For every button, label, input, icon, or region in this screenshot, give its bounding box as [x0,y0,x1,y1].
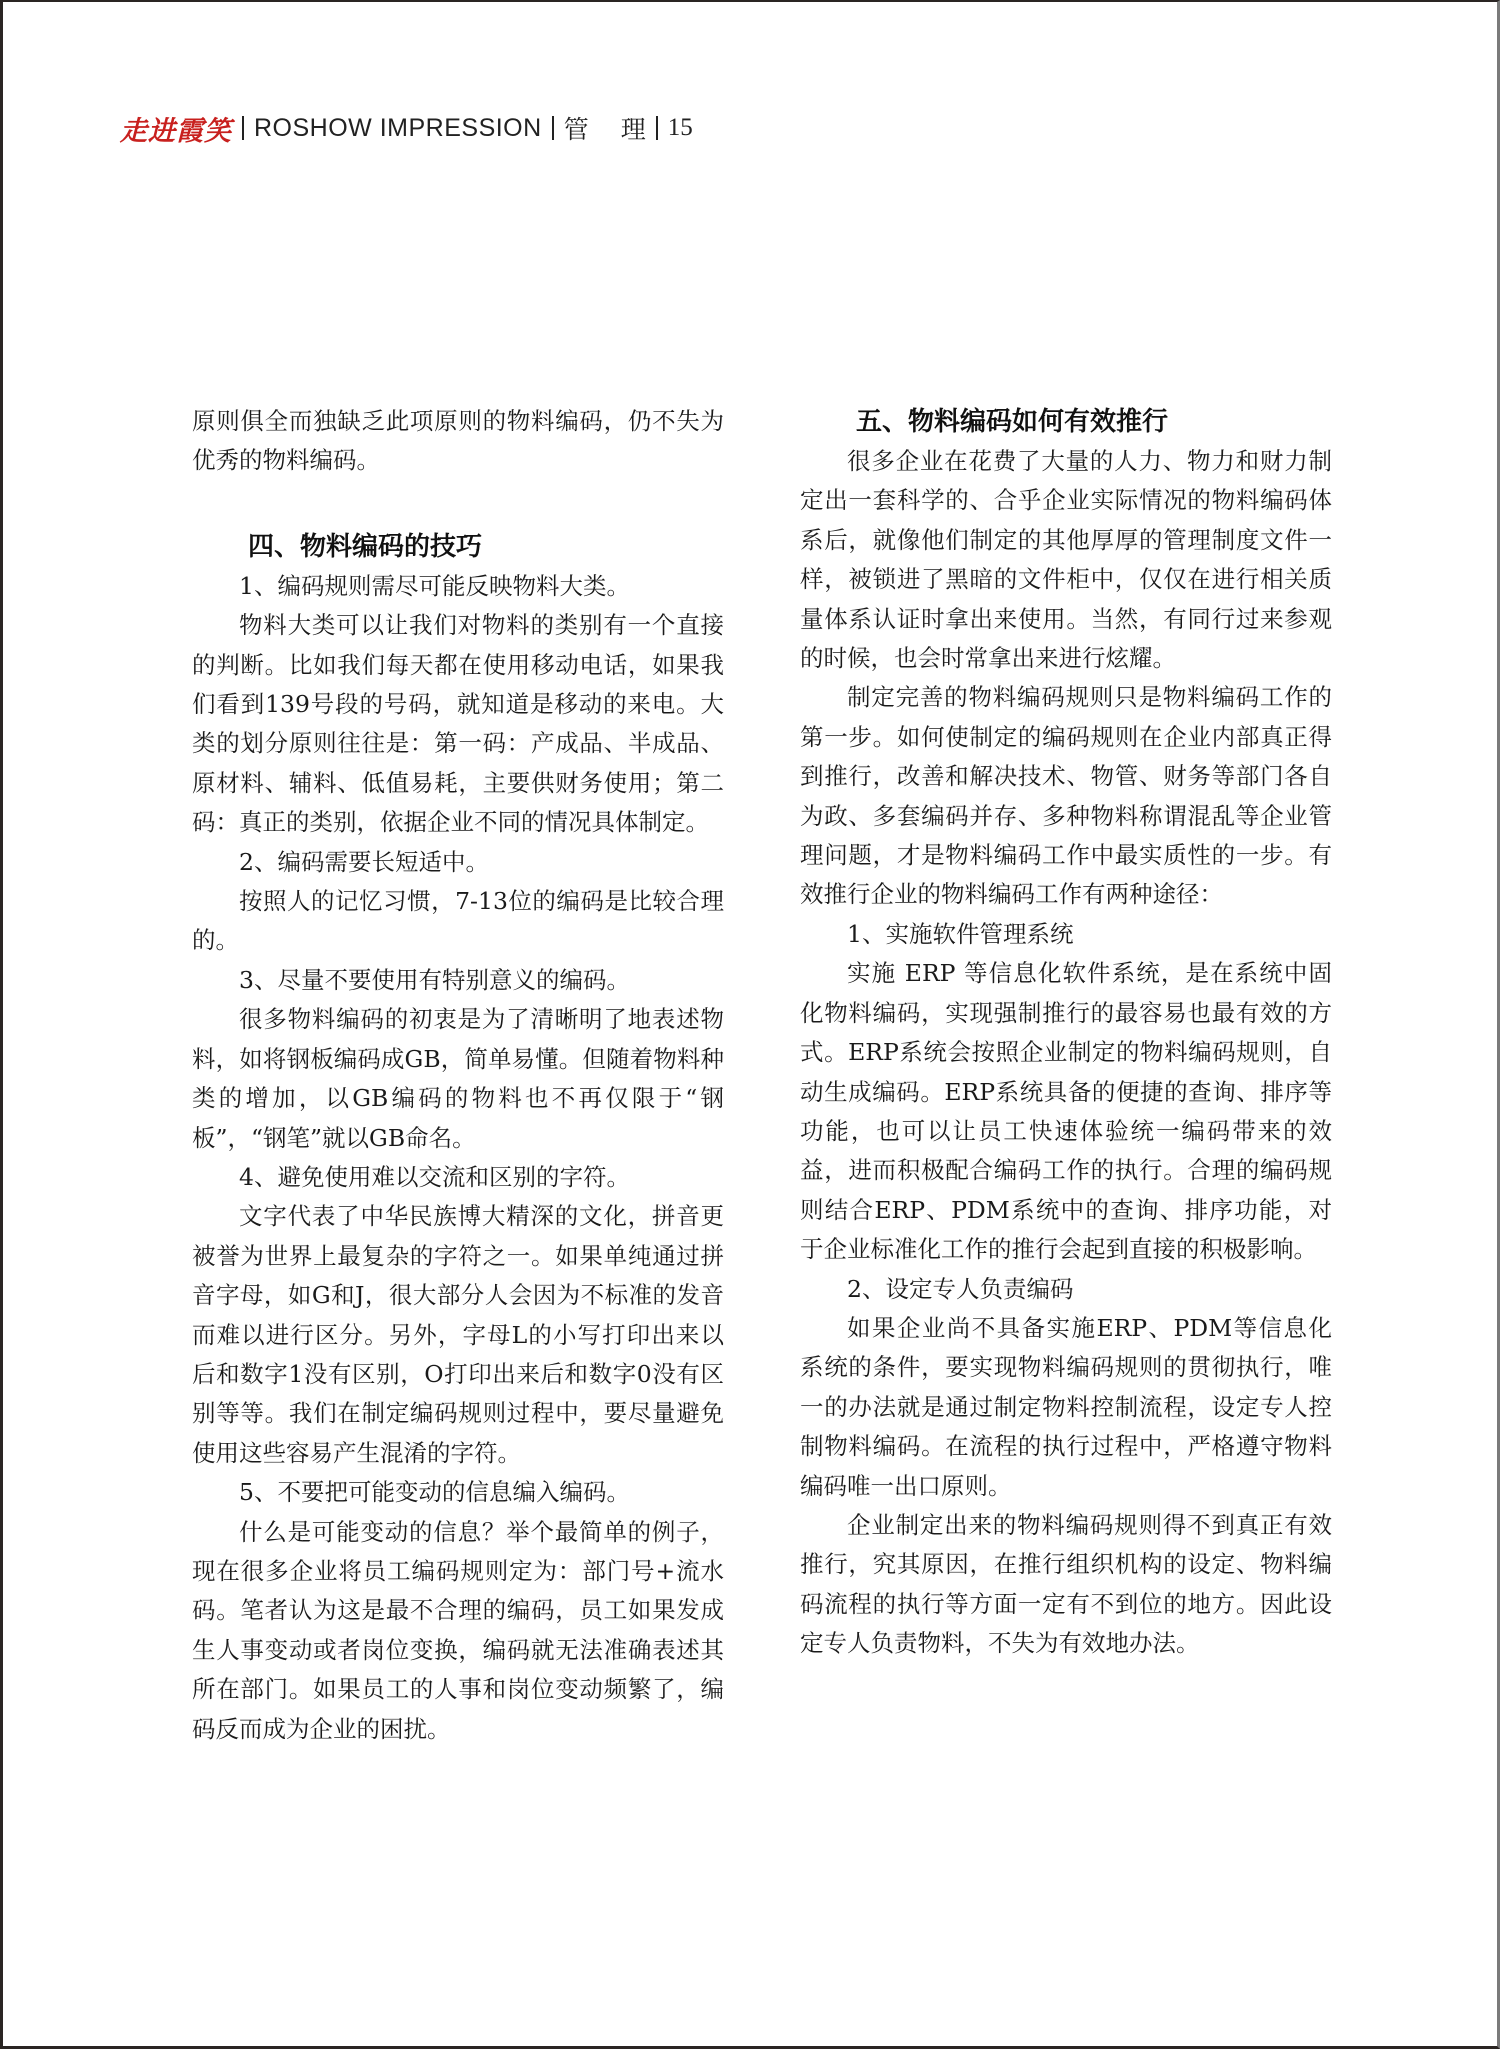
closing-paragraph: 企业制定出来的物料编码规则得不到真正有效推行，究其原因，在推行组织机构的设定、物… [800,1506,1332,1664]
section-name-part: 理 [621,115,646,144]
section-name: 管理 [564,110,646,146]
method-body: 如果企业尚不具备实施ERP、PDM等信息化系统的条件，要实现物料编码规则的贯彻执… [800,1309,1332,1506]
section-heading-4: 四、物料编码的技巧 [192,527,724,567]
method-body: 实施 ERP 等信息化软件系统，是在系统中固化物料编码，实现强制推行的最容易也最… [800,954,1332,1269]
tip-heading: 4、避免使用难以交流和区别的字符。 [192,1158,724,1197]
intro-paragraph: 原则俱全而独缺乏此项原则的物料编码，仍不失为优秀的物料编码。 [192,402,724,481]
right-column: 五、物料编码如何有效推行 很多企业在花费了大量的人力、物力和财力制定出一套科学的… [800,402,1332,1664]
tip-heading: 1、编码规则需尽可能反映物料大类。 [192,567,724,606]
tip-body: 物料大类可以让我们对物料的类别有一个直接的判断。比如我们每天都在使用移动电话，如… [192,606,724,842]
page-number: 15 [668,114,693,142]
body-paragraph: 很多企业在花费了大量的人力、物力和财力制定出一套科学的、合乎企业实际情况的物料编… [800,442,1332,678]
left-column: 原则俱全而独缺乏此项原则的物料编码，仍不失为优秀的物料编码。 四、物料编码的技巧… [192,402,724,1749]
body-paragraph: 制定完善的物料编码规则只是物料编码工作的第一步。如何使制定的编码规则在企业内部真… [800,678,1332,914]
section-heading-5: 五、物料编码如何有效推行 [800,402,1332,442]
tip-body: 按照人的记忆习惯，7-13位的编码是比较合理的。 [192,882,724,961]
tip-body: 什么是可能变动的信息？举个最简单的例子，现在很多企业将员工编码规则定为：部门号+… [192,1513,724,1749]
method-heading: 2、设定专人负责编码 [800,1270,1332,1309]
running-header: 走进霞笑 ROSHOW IMPRESSION 管理 15 [120,112,693,144]
magazine-logo: 走进霞笑 [120,109,232,148]
tip-body: 很多物料编码的初衷是为了清晰明了地表述物料，如将钢板编码成GB，简单易懂。但随着… [192,1000,724,1158]
tip-heading: 5、不要把可能变动的信息编入编码。 [192,1473,724,1512]
method-heading: 1、实施软件管理系统 [800,915,1332,954]
tip-heading: 3、尽量不要使用有特别意义的编码。 [192,961,724,1000]
header-divider [552,116,554,140]
header-divider [656,116,658,140]
brand-name: ROSHOW IMPRESSION [254,114,542,143]
section-name-part: 管 [564,115,589,144]
header-divider [242,116,244,140]
tip-body: 文字代表了中华民族博大精深的文化，拼音更被誉为世界上最复杂的字符之一。如果单纯通… [192,1197,724,1473]
tip-heading: 2、编码需要长短适中。 [192,843,724,882]
